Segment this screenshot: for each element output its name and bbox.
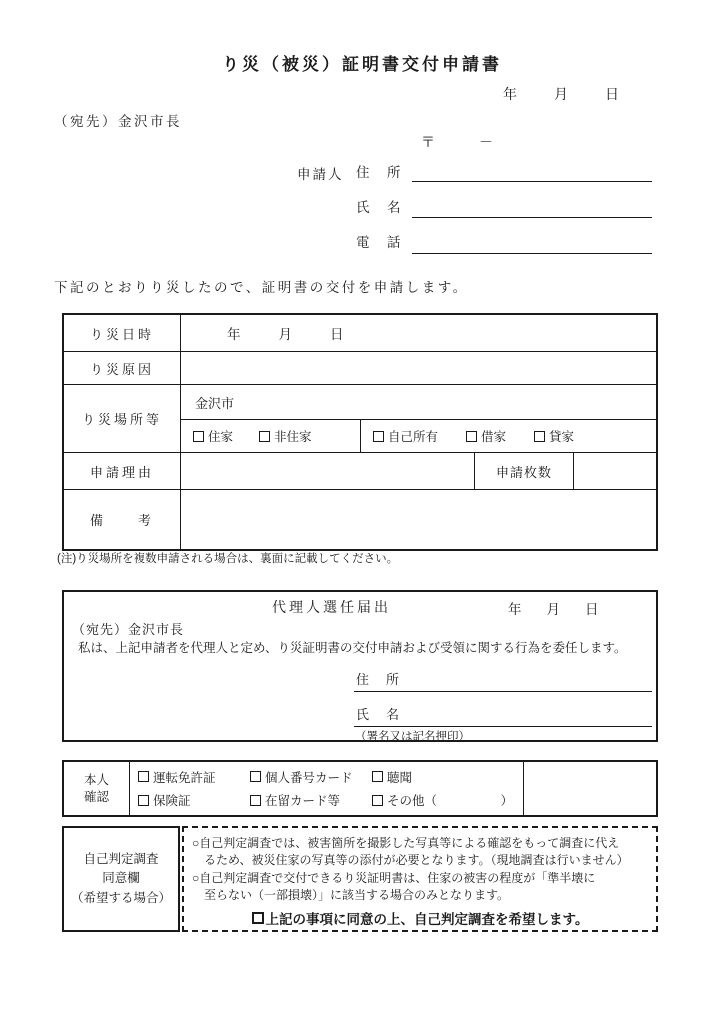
option-my-number-card: 個人番号カード [250, 768, 372, 786]
checkbox-other[interactable] [372, 795, 383, 806]
self-assessment-bullet2-line1: ○自己判定調査で交付できるり災証明書は、住家の被害の程度が「準半壊に [192, 870, 648, 887]
identity-label-line1: 本人 [84, 772, 109, 789]
disaster-place-type-row: 住家 非住家 自己所有 借 [181, 419, 656, 452]
disaster-cause-label: り災原因 [64, 352, 181, 384]
multiple-locations-note: (注)り災場所を複数申請される場合は、裏面に記載してください。 [57, 550, 398, 566]
proxy-date: 年 月 日 [508, 598, 599, 618]
month-label: 月 [547, 598, 561, 618]
applicant-phone-label: 電 話 [356, 231, 403, 251]
applicant-name-label: 氏 名 [356, 196, 403, 216]
identity-options-row2: 保険証 在留カード等 その他（ ） [138, 791, 523, 809]
checkbox-borrowed-house[interactable] [466, 431, 477, 442]
application-form-page: り災（被災）証明書交付申請書 年 月 日 （宛先）金沢市長 〒 － 申請人 住 … [0, 0, 724, 1024]
copy-count-input[interactable] [574, 453, 656, 489]
proxy-address-line[interactable] [354, 691, 652, 692]
proxy-title: 代理人選任届出 [272, 597, 391, 617]
row-disaster-datetime: り災日時 年 月 日 [64, 315, 656, 351]
option-borrowed-house-label: 借家 [481, 427, 506, 445]
checkbox-rental-house[interactable] [534, 431, 545, 442]
city-prefix: 金沢市 [195, 393, 234, 412]
option-my-number-card-label: 個人番号カード [265, 768, 353, 786]
self-assessment-label-line2: 同意欄 [102, 869, 140, 888]
applicant-address-line[interactable] [412, 181, 652, 182]
form-title: り災（被災）証明書交付申請書 [0, 50, 724, 75]
remarks-label: 備 考 [64, 490, 181, 549]
row-disaster-cause: り災原因 [64, 351, 656, 384]
month-label: 月 [279, 323, 293, 343]
application-reason-input[interactable] [181, 453, 475, 489]
self-assessment-bullet1-line1: ○自己判定調査では、被害箇所を撮影した写真等による確認をもって調査に代え [192, 835, 648, 852]
self-assessment-bullet1-line2: るため、被災住家の写真等の添付が必要となります。（現地調査は行いません） [192, 852, 648, 869]
identity-verification-label: 本人 確認 [64, 762, 130, 815]
checkbox-my-number-card[interactable] [250, 771, 261, 782]
disaster-details-table: り災日時 年 月 日 り災原因 り災場所等 金沢市 [62, 313, 658, 551]
checkbox-self-owned[interactable] [373, 431, 384, 442]
identity-verification-box: 本人 確認 運転免許証 個人番号カード 聴聞 [62, 760, 658, 817]
option-residence: 住家 [193, 427, 233, 445]
option-non-residence-label: 非住家 [274, 427, 312, 445]
applicant-name-line[interactable] [412, 217, 652, 218]
disaster-datetime-label: り災日時 [64, 315, 181, 351]
signature-note: （署名又は記名押印） [355, 728, 470, 744]
checkbox-consent[interactable] [252, 912, 264, 924]
row-remarks: 備 考 [64, 489, 656, 549]
addressee-mayor: （宛先）金沢市長 [54, 110, 182, 130]
identity-options-row1: 運転免許証 個人番号カード 聴聞 [138, 768, 523, 786]
proxy-name-line[interactable] [354, 726, 652, 727]
proxy-addressee: （宛先）金沢市長 [72, 619, 184, 638]
self-assessment-bullet2-line2: 至らない（一部損壊）」に該当する場合のみとなります。 [192, 887, 648, 904]
day-label: 日 [330, 323, 344, 343]
month-label: 月 [554, 84, 568, 104]
day-label: 日 [585, 598, 599, 618]
remarks-input[interactable] [181, 490, 656, 549]
application-date: 年 月 日 [503, 84, 619, 104]
year-label: 年 [503, 84, 517, 104]
copy-count-label: 申請枚数 [475, 453, 574, 489]
checkbox-drivers-license[interactable] [138, 771, 149, 782]
option-hearing: 聴聞 [372, 768, 523, 786]
year-label: 年 [508, 598, 522, 618]
option-residence-card: 在留カード等 [250, 791, 372, 809]
self-assessment-consent-box: ○自己判定調査では、被害箇所を撮影した写真等による確認をもって調査に代え るため… [182, 826, 658, 932]
consent-statement-label: 上記の事項に同意の上、自己判定調査を希望します。 [266, 908, 589, 928]
checkbox-insurance-card[interactable] [138, 795, 149, 806]
proxy-appointment-box: 代理人選任届出 年 月 日 （宛先）金沢市長 私は、上記申請者を代理人と定め、り… [62, 590, 658, 742]
application-statement: 下記のとおりり災したので、証明書の交付を申請します。 [54, 276, 469, 296]
proxy-name-label: 氏 名 [356, 704, 401, 723]
option-rental-house: 貸家 [534, 427, 574, 445]
postal-dash: － [479, 132, 493, 152]
option-insurance-card: 保険証 [138, 791, 250, 809]
applicant-phone-line[interactable] [412, 253, 652, 254]
option-self-owned-label: 自己所有 [388, 427, 438, 445]
application-reason-label: 申請理由 [64, 453, 181, 489]
option-drivers-license-label: 運転免許証 [153, 768, 216, 786]
checkbox-hearing[interactable] [372, 771, 383, 782]
checkbox-residence[interactable] [193, 431, 204, 442]
applicant-address-label: 住 所 [356, 161, 403, 181]
option-non-residence: 非住家 [259, 427, 312, 445]
option-other-label: その他（ [387, 791, 437, 809]
consent-statement: 上記の事項に同意の上、自己判定調査を希望します。 [192, 908, 648, 928]
option-self-owned: 自己所有 [373, 427, 438, 445]
postal-code-field[interactable]: 〒 － [421, 132, 493, 152]
day-label: 日 [605, 84, 619, 104]
ownership-type-cell: 自己所有 借家 貸家 [361, 420, 656, 452]
option-other-close-paren: ） [500, 791, 513, 809]
option-other: その他（ ） [372, 791, 523, 809]
option-drivers-license: 運転免許証 [138, 768, 250, 786]
row-disaster-place: り災場所等 金沢市 住家 非住家 [64, 384, 656, 452]
disaster-place-label: り災場所等 [64, 385, 181, 452]
option-borrowed-house: 借家 [466, 427, 506, 445]
option-residence-card-label: 在留カード等 [265, 791, 340, 809]
disaster-place-city-input[interactable]: 金沢市 [181, 385, 656, 419]
disaster-datetime-input[interactable]: 年 月 日 [181, 315, 656, 351]
self-assessment-label-line1: 自己判定調査 [83, 850, 158, 869]
row-application-reason: 申請理由 申請枚数 [64, 452, 656, 489]
applicant-label: 申請人 [297, 163, 344, 183]
self-assessment-label-box: 自己判定調査 同意欄 （希望する場合） [62, 826, 180, 932]
identity-label-line2: 確認 [84, 789, 109, 806]
year-label: 年 [227, 323, 241, 343]
proxy-address-label: 住 所 [356, 669, 401, 688]
option-residence-label: 住家 [208, 427, 233, 445]
dwelling-type-cell: 住家 非住家 [181, 420, 361, 452]
checkbox-non-residence[interactable] [259, 431, 270, 442]
option-hearing-label: 聴聞 [387, 768, 412, 786]
proxy-statement: 私は、上記申請者を代理人と定め、り災証明書の交付申請および受領に関する行為を委任… [78, 638, 627, 656]
postal-mark-icon: 〒 [421, 132, 435, 152]
option-insurance-card-label: 保険証 [153, 791, 191, 809]
self-assessment-label-line3: （希望する場合） [71, 889, 171, 908]
disaster-cause-input[interactable] [181, 352, 656, 384]
identity-verification-blank-cell[interactable] [524, 762, 656, 815]
option-rental-house-label: 貸家 [549, 427, 574, 445]
identity-options-cell: 運転免許証 個人番号カード 聴聞 保険証 在留カード等 [130, 762, 524, 815]
checkbox-residence-card[interactable] [250, 795, 261, 806]
